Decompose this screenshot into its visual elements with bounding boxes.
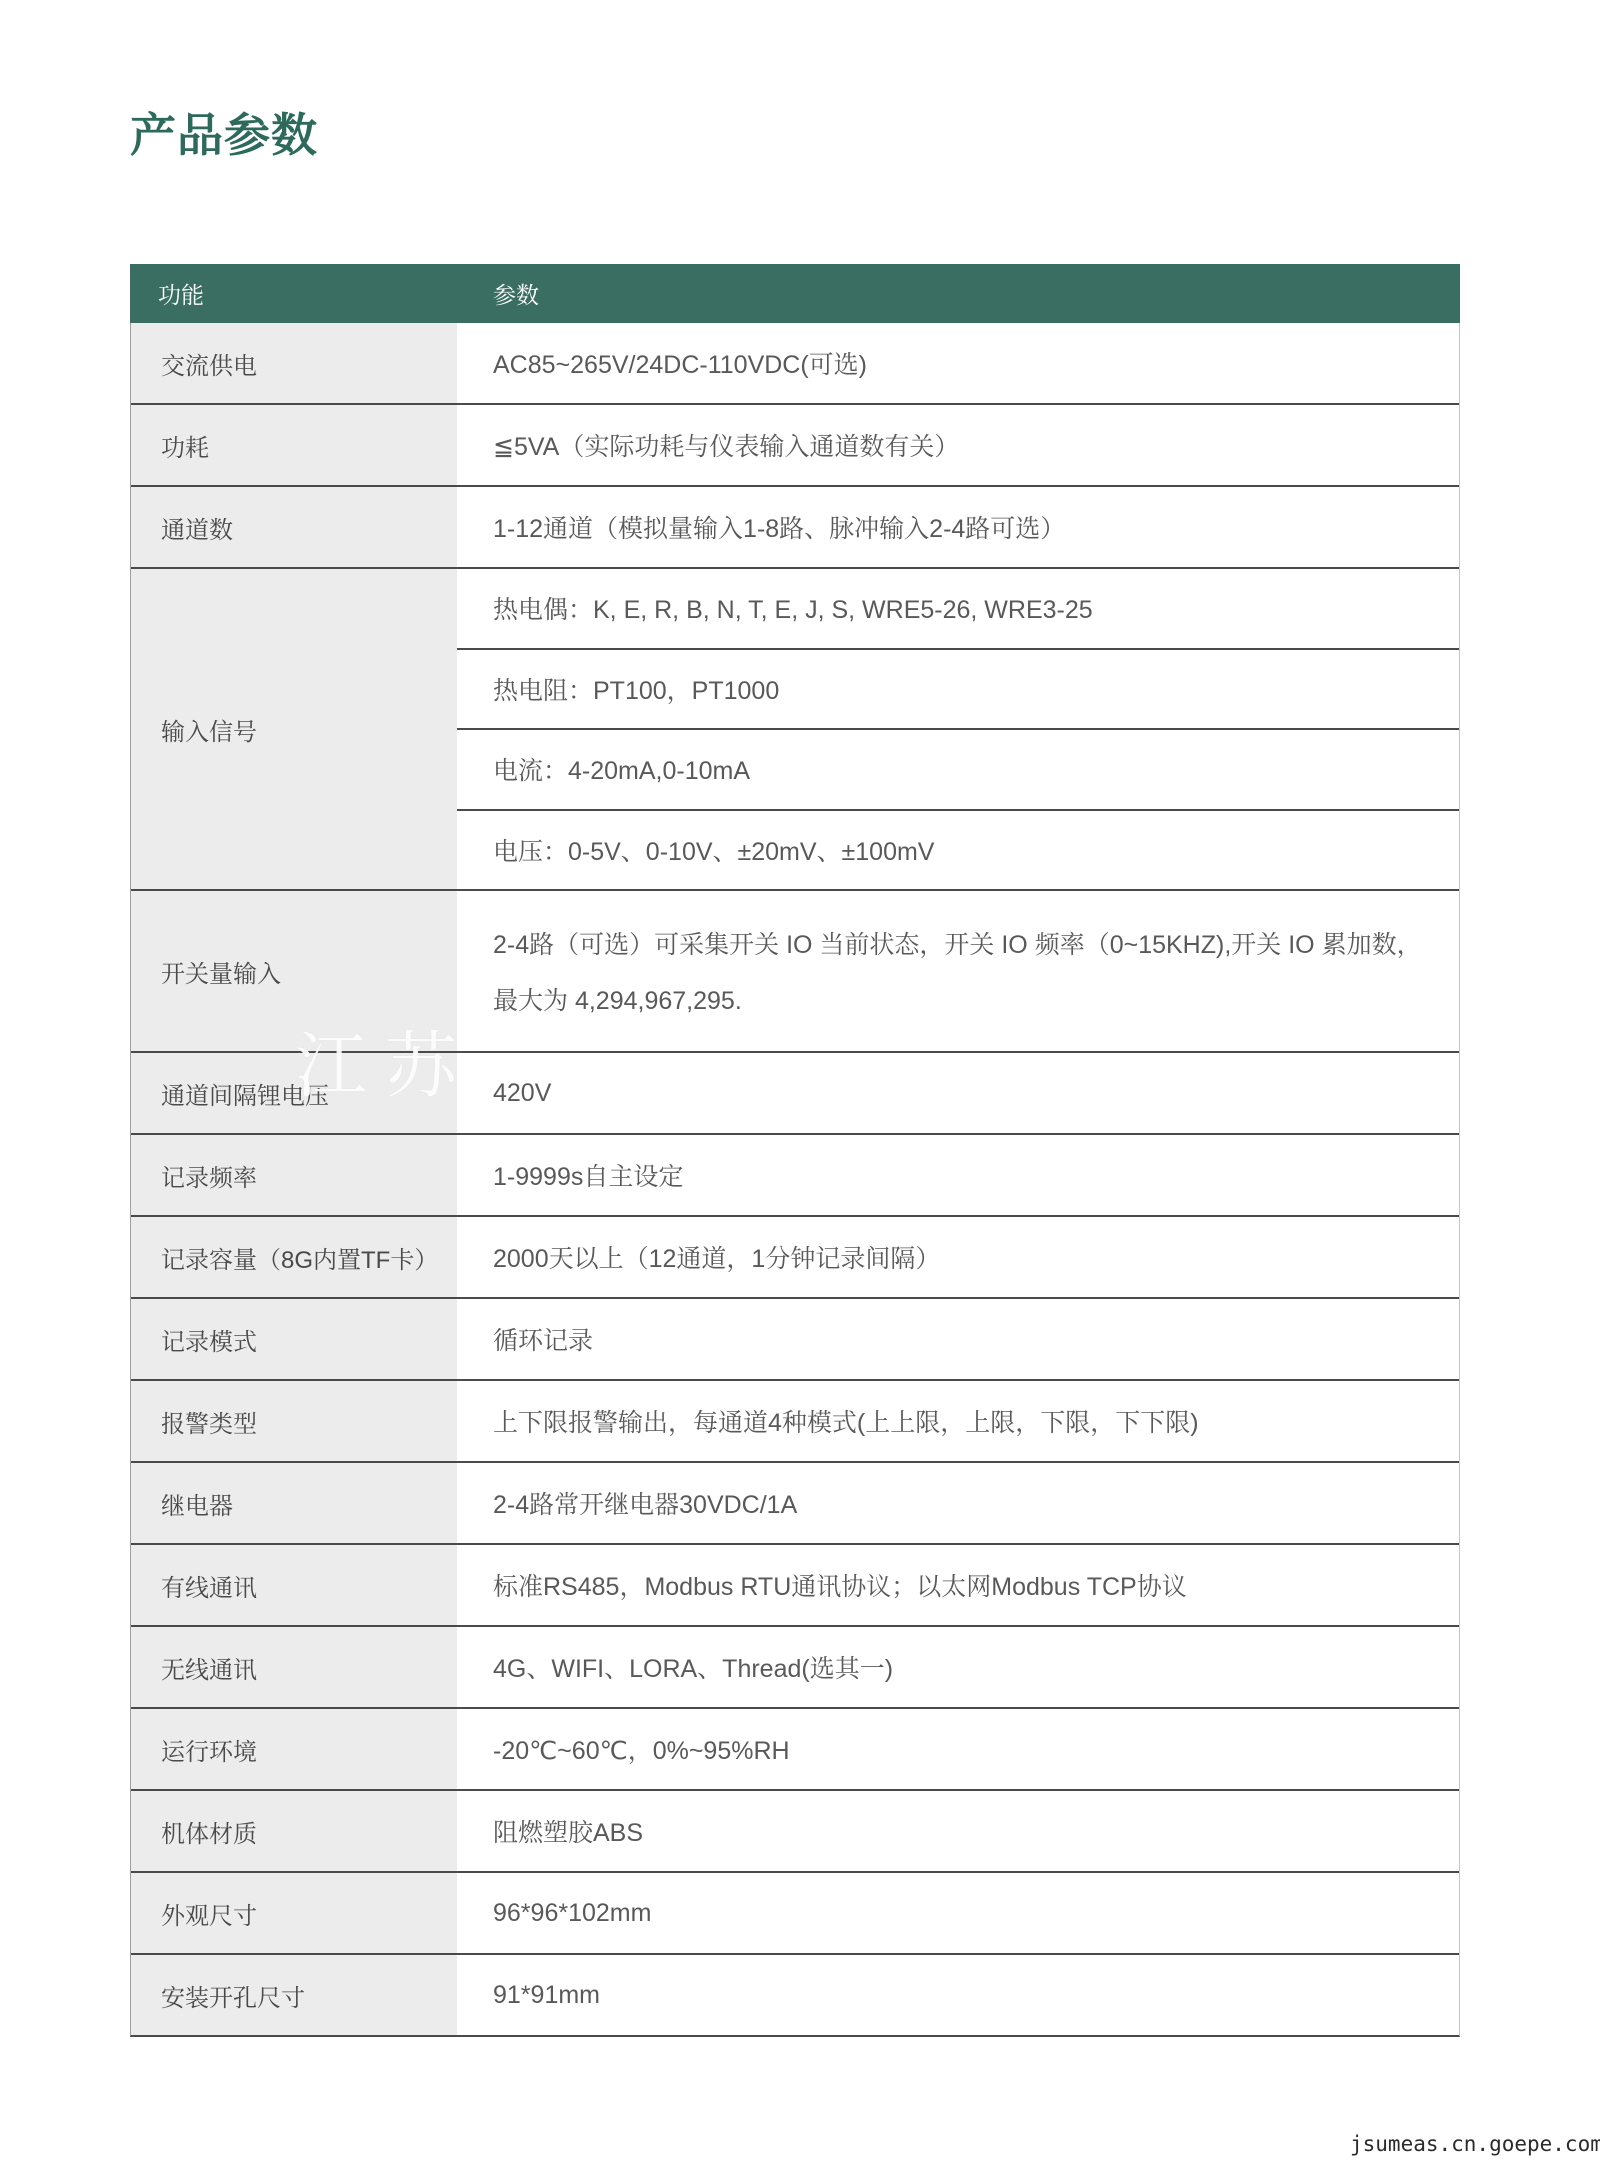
row-label: 外观尺寸: [131, 1873, 457, 1953]
row-value: 阻燃塑胶ABS: [457, 1791, 1459, 1871]
subrow-value: 电流：4-20mA,0-10mA: [457, 728, 1459, 809]
table-row: 安装开孔尺寸 91*91mm: [131, 1953, 1459, 2035]
table-row: 报警类型 上下限报警输出，每通道4种模式(上上限，上限，下限，下下限): [131, 1379, 1459, 1461]
row-label: 记录容量（8G内置TF卡）: [131, 1217, 457, 1297]
table-row: 无线通讯 4G、WIFI、LORA、Thread(选其一): [131, 1625, 1459, 1707]
row-value: 2-4路（可选）可采集开关 IO 当前状态，开关 IO 频率（0~15KHZ),…: [457, 891, 1459, 1051]
table-row: 记录频率 1-9999s自主设定: [131, 1133, 1459, 1215]
row-label: 记录频率: [131, 1135, 457, 1215]
page: 产品参数 功能 参数 交流供电 AC85~265V/24DC-110VDC(可选…: [0, 0, 1600, 2170]
row-label: 通道间隔锂电压: [131, 1053, 457, 1133]
row-value: 标准RS485，Modbus RTU通讯协议；以太网Modbus TCP协议: [457, 1545, 1459, 1625]
row-value: 1-9999s自主设定: [457, 1135, 1459, 1215]
table-row: 通道间隔锂电压 420V: [131, 1051, 1459, 1133]
row-label: 无线通讯: [131, 1627, 457, 1707]
table-row: 继电器 2-4路常开继电器30VDC/1A: [131, 1461, 1459, 1543]
subrow-value: 电压：0-5V、0-10V、±20mV、±100mV: [457, 809, 1459, 890]
row-value-line: 最大为 4,294,967,295.: [493, 981, 742, 1017]
subrow-value: 热电阻：PT100，PT1000: [457, 648, 1459, 729]
row-value: 上下限报警输出，每通道4种模式(上上限，上限，下限，下下限): [457, 1381, 1459, 1461]
row-label: 报警类型: [131, 1381, 457, 1461]
table-row: 运行环境 -20℃~60℃，0%~95%RH: [131, 1707, 1459, 1789]
row-value: 1-12通道（模拟量输入1-8路、脉冲输入2-4路可选）: [457, 487, 1459, 567]
table-row: 交流供电 AC85~265V/24DC-110VDC(可选): [131, 323, 1459, 403]
row-value: 2-4路常开继电器30VDC/1A: [457, 1463, 1459, 1543]
row-label: 有线通讯: [131, 1545, 457, 1625]
row-value: 91*91mm: [457, 1955, 1459, 2035]
row-label: 运行环境: [131, 1709, 457, 1789]
row-value: -20℃~60℃，0%~95%RH: [457, 1709, 1459, 1789]
page-title: 产品参数: [130, 110, 318, 161]
table-row: 记录模式 循环记录: [131, 1297, 1459, 1379]
column-header-parameter: 参数: [457, 277, 539, 310]
table-row: 功耗 ≦5VA（实际功耗与仪表输入通道数有关）: [131, 403, 1459, 485]
table-header-row: 功能 参数: [130, 264, 1460, 323]
row-label: 通道数: [131, 487, 457, 567]
table-row: 通道数 1-12通道（模拟量输入1-8路、脉冲输入2-4路可选）: [131, 485, 1459, 567]
table-row: 记录容量（8G内置TF卡） 2000天以上（12通道，1分钟记录间隔）: [131, 1215, 1459, 1297]
row-value: 420V: [457, 1053, 1459, 1133]
row-value: 2000天以上（12通道，1分钟记录间隔）: [457, 1217, 1459, 1297]
table-row: 机体材质 阻燃塑胶ABS: [131, 1789, 1459, 1871]
row-label: 功耗: [131, 405, 457, 485]
row-label: 开关量输入: [131, 891, 457, 1051]
row-value: 循环记录: [457, 1299, 1459, 1379]
input-signal-subrows: 热电偶：K, E, R, B, N, T, E, J, S, WRE5-26, …: [457, 569, 1459, 889]
footer-watermark-url: jsumeas.cn.goepe.com: [1350, 2132, 1600, 2156]
column-header-function: 功能: [130, 277, 457, 310]
row-label: 交流供电: [131, 323, 457, 403]
table-row: 有线通讯 标准RS485，Modbus RTU通讯协议；以太网Modbus TC…: [131, 1543, 1459, 1625]
spec-table: 功能 参数 交流供电 AC85~265V/24DC-110VDC(可选) 功耗 …: [130, 264, 1460, 2037]
table-body: 交流供电 AC85~265V/24DC-110VDC(可选) 功耗 ≦5VA（实…: [130, 323, 1460, 2037]
row-value: AC85~265V/24DC-110VDC(可选): [457, 323, 1459, 403]
subrow-value: 热电偶：K, E, R, B, N, T, E, J, S, WRE5-26, …: [457, 569, 1459, 648]
row-value: 96*96*102mm: [457, 1873, 1459, 1953]
row-value-line: 2-4路（可选）可采集开关 IO 当前状态，开关 IO 频率（0~15KHZ),…: [493, 925, 1422, 961]
table-row: 外观尺寸 96*96*102mm: [131, 1871, 1459, 1953]
row-label: 记录模式: [131, 1299, 457, 1379]
table-row: 开关量输入 2-4路（可选）可采集开关 IO 当前状态，开关 IO 频率（0~1…: [131, 889, 1459, 1051]
row-value: ≦5VA（实际功耗与仪表输入通道数有关）: [457, 405, 1459, 485]
table-row-input-signal-group: 输入信号 热电偶：K, E, R, B, N, T, E, J, S, WRE5…: [131, 567, 1459, 889]
row-label: 机体材质: [131, 1791, 457, 1871]
row-label: 继电器: [131, 1463, 457, 1543]
row-label: 安装开孔尺寸: [131, 1955, 457, 2035]
row-label: 输入信号: [131, 569, 457, 889]
row-value: 4G、WIFI、LORA、Thread(选其一): [457, 1627, 1459, 1707]
